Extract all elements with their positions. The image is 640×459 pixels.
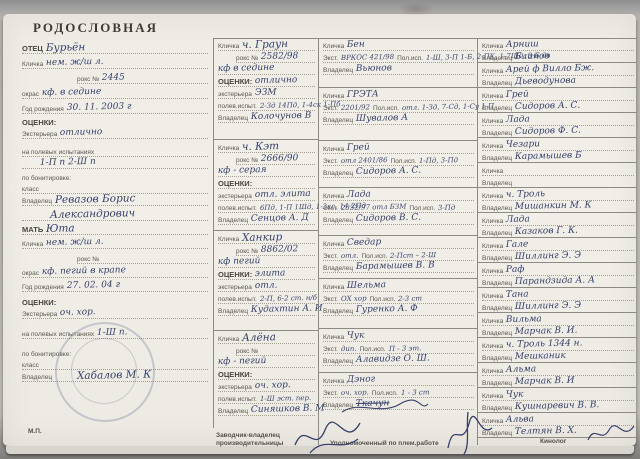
father-okras: кф. в седине — [42, 88, 102, 98]
polisp-label: Пол.исп. — [397, 55, 423, 62]
mother-exterior: оч. хор. — [60, 308, 96, 318]
ggp6-name: Шельма — [347, 281, 386, 291]
gggp11-name-row: КличкаТана — [482, 289, 634, 301]
ggp1-ekst-row: Экст.ВРКОС 421/98Пол.исп.1-Ш, 3-П 1-Б, 2… — [323, 51, 474, 63]
gp3-roks: 8862/02 — [261, 245, 299, 255]
ggp3-isp: 1-Пд, 3-Пд — [419, 157, 458, 165]
father-breed: нем. ж/ш л. — [46, 58, 104, 68]
gp2-marks-row: ОЦЕНКИ: — [218, 177, 315, 189]
ekst-label: Экст. — [323, 253, 338, 260]
klichka-label: Кличка — [482, 393, 503, 400]
marks-label: ОЦЕНКИ: — [218, 179, 252, 188]
ggp-cell-3: КличкаГрей Экст.отл 2401/86Пол.исп.1-Пд,… — [319, 141, 477, 186]
ekst-label: Экст. — [323, 205, 338, 212]
grandparents-column: Кличка ч. Граун рокс № 2582/98 кф в седи… — [214, 38, 318, 428]
father-trials: 1-П п 2-Ш п — [40, 158, 96, 168]
father-label: ОТЕЦ — [22, 44, 43, 53]
mp-label: М.П. — [28, 428, 42, 435]
gggp-cell-12: КличкаВильма ВладелецМарчак В. И. — [478, 313, 637, 337]
father-trials-row: на полевых испытаниях — [22, 145, 208, 157]
ggp3-name-row: КличкаГрей — [323, 142, 474, 154]
gggp-cell-1: КличкаАрниш ВладелецБлинов — [478, 38, 637, 62]
klichka-label: Кличка — [22, 61, 43, 68]
gggp10-name-row: КличкаРаф — [482, 264, 634, 276]
polisp-label: Пол.исп. — [361, 253, 387, 260]
gp3-ekst-row: экстерьера отл. — [218, 280, 315, 292]
gggp11-owner: Шиллинг Э. Э — [515, 302, 581, 312]
ggp1-ekst: ВРКОС 421/98 — [341, 54, 394, 62]
marks-label: ОЦЕНКИ: — [218, 270, 252, 279]
gp2-ekst-row: экстерьера отл. элита — [218, 189, 315, 201]
gggp15-owner: Кушнаревич В. В. — [515, 401, 600, 412]
klichka-label: Кличка — [323, 43, 344, 50]
gp1-name-row: Кличка ч. Граун — [218, 39, 315, 51]
father-owner-2: Александрович — [50, 208, 135, 220]
class-label-2: класс — [22, 362, 39, 369]
gggp3-name-row: КличкаГрей — [482, 89, 634, 101]
father-owner-row: Владелец Ревазов Борис — [22, 194, 208, 206]
ggp5-ekst-row: Экст.отл.Пол.исп.2-Пст – 2-Ш — [323, 249, 474, 261]
gggp14-owner: Марчак В. И — [515, 377, 575, 387]
gggp5-name: Чезари — [506, 140, 540, 150]
gggp-cell-4: КличкаЛада ВладелецСидоров Ф. С. — [478, 113, 637, 137]
gp3-marks: элита — [255, 269, 286, 279]
ggp2-name-row: КличкаГРЭТА — [323, 89, 474, 101]
owner-label: Владелец — [482, 280, 512, 287]
ggp7-ekst: дип. — [341, 346, 357, 353]
ggp2-owner: Шувалов А — [356, 114, 408, 124]
roks-label: рокс № — [236, 157, 258, 164]
owner-label: Владелец — [218, 217, 248, 224]
father-exterior: отлично — [60, 128, 103, 138]
gggp12-name-row: КличкаВильма — [482, 314, 634, 326]
ggp4-owner-row: ВладелецСидоров В. С. — [323, 213, 474, 225]
polisp-label: Пол.исп. — [370, 296, 396, 303]
owner-label: Владелец — [323, 265, 353, 272]
owner-label: Владелец — [323, 170, 353, 177]
klichka-label: Кличка — [482, 243, 503, 250]
owner-label: Владелец — [323, 217, 353, 224]
gp3-ekst: отл. — [255, 282, 278, 291]
gggp5-owner: Карамышев Б — [515, 152, 582, 162]
father-birth-row: Год рождения 30. 11. 2003 г — [22, 102, 208, 114]
mother-birth-row: Год рождения 27. 02. 04 г — [22, 280, 208, 292]
roks-label: рокс № — [236, 55, 258, 62]
page-title: РОДОСЛОВНАЯ — [33, 20, 158, 36]
gggp-cell-13: Кличкач. Троль 1344 н. ВладелецМешканик — [478, 338, 637, 362]
ggp6-owner-row: ВладелецГуренко А. Ф — [323, 304, 474, 316]
ggp1-owner-row: ВладелецВьюнов — [323, 63, 474, 75]
gggp8-name-row: КличкаЛада — [482, 214, 634, 226]
klichka-label: Кличка — [482, 193, 503, 200]
exterior-label: экстерьера — [218, 284, 252, 291]
mother-name-row: МАТЬ Юта — [22, 223, 208, 235]
gp3-name-row: Кличка Ханкир — [218, 232, 315, 244]
gggp-cell-11: КличкаТана ВладелецШиллинг Э. Э — [478, 288, 637, 312]
ggp5-name: Сведар — [347, 238, 381, 248]
klichka-label: Кличка — [482, 343, 503, 350]
owner-label: Владелец — [482, 180, 512, 187]
gggp1-name-row: КличкаАрниш — [482, 39, 634, 51]
ekst-label: Экст. — [323, 346, 338, 353]
gp4-marks-row: ОЦЕНКИ: — [218, 368, 315, 380]
polisp-label: Пол.исп. — [373, 105, 399, 112]
gp1-owner: Колочунов В — [251, 112, 312, 122]
ggp8-name: Дэног — [347, 375, 375, 385]
exterior-label: экстерьера — [218, 384, 252, 391]
gggp-cell-5: КличкаЧезари ВладелецКарамышев Б — [478, 138, 637, 162]
gggp-cell-14: КличкаАльма ВладелецМарчак В. И — [478, 363, 637, 387]
father-name-row: ОТЕЦ Бурьён — [22, 42, 208, 54]
gp2-owner: Сенцов А. Д — [251, 214, 309, 224]
ggp7-owner: Алавидзе О. Ш. — [356, 354, 430, 365]
polev-label: полев.испыт. — [218, 396, 257, 403]
gggp8-owner: Казаков Г. К. — [515, 227, 578, 237]
klichka-label: Кличка — [218, 145, 239, 152]
ggp3-ekst: отл 2401/86 — [341, 157, 388, 165]
gp1-okras: кф в седине — [218, 64, 275, 74]
exterior-label: экстерьера — [218, 193, 252, 200]
father-bonit-row: по бонитировке: — [22, 171, 208, 182]
klichka-label: Кличка — [482, 218, 503, 225]
round-stamp-inner — [71, 338, 137, 404]
gggp13-name: ч. Троль 1344 н. — [506, 339, 583, 350]
gggp2-owner: Дьеводунова — [515, 77, 576, 87]
owner-label: Владелец — [482, 230, 512, 237]
ggp4-ekst: 2532/97 отл БЗМ — [341, 204, 407, 212]
ggp1-name: Бен — [347, 41, 365, 50]
mother-name: Юта — [46, 223, 75, 234]
ggp8-isp: 1 - 3 ст — [401, 389, 430, 397]
gp3-owner-row: Владелец Кудахтин А. И — [218, 304, 315, 316]
klichka-label: Кличка — [323, 241, 344, 248]
owner-label: Владелец — [482, 155, 512, 162]
owner-label: Владелец — [22, 198, 52, 205]
ekst-label: Экст. — [323, 55, 338, 62]
ggp3-owner: Сидоров А. С. — [356, 167, 422, 177]
klichka-label: Кличка — [482, 118, 503, 125]
gggp9-name-row: КличкаГале — [482, 239, 634, 251]
klichka-label: Кличка — [482, 93, 503, 100]
trials-label: на полевых испытаниях — [22, 149, 94, 156]
gp4-ekst-row: экстерьера оч. хор. — [218, 380, 315, 392]
ggp-cell-5: КличкаСведар Экст.отл.Пол.исп.2-Пст – 2-… — [319, 236, 477, 277]
polisp-label: Пол.исп. — [360, 346, 386, 353]
gggp13-owner: Мешканик — [515, 352, 566, 362]
ggp5-isp: 2-Пст – 2-Ш — [390, 252, 436, 260]
owner-label: Владелец — [482, 130, 512, 137]
gp3-name: Ханкир — [242, 232, 283, 243]
okras-label: окрас — [22, 91, 39, 98]
ggp-cell-7: КличкаЧук Экст.дип.Пол.исп.П - 3 эт. Вла… — [319, 329, 477, 371]
gp4-polev: 1-Ш эст. пер. — [260, 395, 311, 403]
owner-label: Владелец — [482, 380, 512, 387]
ggp-cell-6: КличкаШельма Экст.ОХ хорПол.исп.2-3 ст В… — [319, 279, 477, 327]
gggp4-name: Лада — [506, 116, 530, 125]
ggp6-owner: Гуренко А. Ф — [356, 305, 418, 315]
klichka-label: Кличка — [218, 336, 239, 343]
gp2-name: ч. Кэт — [242, 141, 279, 152]
gp1-name: ч. Граун — [242, 39, 288, 50]
klichka-label: Кличка — [482, 143, 503, 150]
owner-label: Владелец — [323, 308, 353, 315]
gp2-name-row: Кличка ч. Кэт — [218, 141, 315, 153]
klichka-label: Кличка — [323, 146, 344, 153]
grandparent-cell-4: Кличка Алёна рокс № кф - пегий ОЦЕНКИ: э… — [214, 331, 318, 426]
gggp6-name-row: Кличка — [482, 164, 634, 176]
klichka-label: Кличка — [218, 43, 239, 50]
father-exterior-row: Экстерьера отлично — [22, 127, 208, 139]
mother-roks-row: рокс № — [77, 252, 208, 264]
gggp7-name-row: Кличкач. Троль — [482, 189, 634, 201]
gp1-roks: 2582/98 — [261, 52, 299, 62]
klichka-label: Кличка — [323, 334, 344, 341]
gggp4-owner: Сидоров Ф. С. — [515, 127, 581, 137]
ggp7-isp: П - 3 эт. — [388, 345, 421, 353]
gggp-cell-10: КличкаРаф ВладелецПарандзида А. А — [478, 263, 637, 287]
marks-label: ОЦЕНКИ: — [218, 370, 252, 379]
ggp-cell-4: КличкаЛада Экст.2532/97 отл БЗМПол.исп.3… — [319, 188, 477, 234]
gp4-name-row: Кличка Алёна — [218, 332, 315, 344]
mother-okras-row: окрас кф. пегий в крапе — [22, 266, 208, 278]
father-owner: Ревазов Борис — [55, 193, 136, 205]
gp2-polev-row: полев.испыт. 6Пд, 1-П 1Шд, 1-2кс, 14-2Пд — [218, 201, 315, 213]
gggp15-name: Чук — [506, 391, 524, 400]
ggp5-name-row: КличкаСведар — [323, 237, 474, 249]
gggp-cell-7: Кличкач. Троль ВладелецМишанкин М. К — [478, 188, 637, 212]
gggp10-name: Раф — [506, 266, 525, 275]
owner-label: Владелец — [323, 117, 353, 124]
ggp4-name: Лада — [347, 191, 371, 200]
ggp5-owner: Барамышев В. В — [356, 261, 435, 272]
klichka-label-2: Кличка — [22, 241, 43, 248]
owner-label: Владелец — [482, 305, 512, 312]
gggp10-owner: Парандзида А. А — [515, 276, 595, 287]
mother-marks-row: ОЦЕНКИ: — [22, 296, 208, 307]
gggp7-owner: Мишанкин М. К — [515, 201, 592, 212]
roks-label: рокс № — [77, 76, 99, 83]
signature-strike — [340, 398, 430, 418]
father-roks-row: рокс № 2445 — [77, 72, 208, 84]
gp2-ekst: отл. элита — [255, 190, 311, 200]
ggp1-name-row: КличкаБен — [323, 39, 474, 51]
ggp-cell-2: КличкаГРЭТА Экст.2201/92Пол.исп.отл. 1-З… — [319, 88, 477, 139]
gggp11-name: Тана — [506, 291, 529, 300]
round-stamp — [55, 322, 155, 422]
gggp3-owner: Сидоров А. С. — [515, 102, 581, 112]
gggp12-owner: Марчак В. И. — [515, 327, 578, 337]
gggp-cell-8: КличкаЛада ВладелецКазаков Г. К. — [478, 213, 637, 237]
birth-label: Год рождения — [22, 106, 64, 113]
ekst-label: Экст. — [323, 390, 338, 397]
father-breed-row: Кличка нем. ж/ш л. — [22, 57, 208, 69]
mother-breed-row: Кличка нем. ж/ш л. — [22, 237, 208, 249]
klichka-label: Кличка — [482, 368, 503, 375]
scanned-pedigree-document: { "header": { "title": "РОДОСЛОВНАЯ" }, … — [0, 0, 640, 459]
ggp2-ekst: 2201/92 — [341, 104, 370, 112]
ggp4-ekst-row: Экст.2532/97 отл БЗМПол.исп.3-Пд — [323, 201, 474, 213]
gggp-cell-6: Кличка Владелец — [478, 163, 637, 187]
marks-label: ОЦЕНКИ: — [218, 77, 252, 86]
mother-birth: 27. 02. 04 г — [67, 281, 120, 291]
gggp-cell-2: КличкаАрей ф Вилло Бж. ВладелецДьеводуно… — [478, 63, 637, 87]
owner-label: Владелец — [323, 358, 353, 365]
gggp-cell-9: КличкаГале ВладелецШиллинг Э. Э — [478, 238, 637, 262]
gggp9-name: Гале — [506, 241, 529, 250]
bonit-label: по бонитировке: — [22, 175, 71, 182]
polisp-label: Пол.исп. — [372, 390, 398, 397]
gg-grandparents-column: КличкаАрниш ВладелецБлинов КличкаАрей ф … — [478, 38, 637, 428]
gp4-roks-row: рокс № — [236, 344, 315, 356]
mp-label-wrap: М.П. — [28, 420, 42, 438]
father-marks-row: ОЦЕНКИ: — [22, 116, 208, 127]
klichka-label: Кличка — [218, 236, 239, 243]
gggp12-name: Вильма — [506, 315, 542, 325]
ggp3-owner-row: ВладелецСидоров А. С. — [323, 166, 474, 178]
grandparent-cell-3: Кличка Ханкир рокс № 8862/02 кф пегий ОЦ… — [214, 231, 318, 330]
ggp2-name: ГРЭТА — [347, 90, 379, 100]
roks-label: рокс № — [236, 348, 258, 355]
mother-label: МАТЬ — [22, 225, 43, 234]
gp4-okras-row: кф - пегий — [218, 356, 315, 368]
scan-smudge — [398, 2, 434, 16]
ggp6-isp: 2-3 ст — [398, 295, 422, 303]
gp1-ekst: ЭЗМ — [255, 89, 277, 98]
mother-okras: кф. пегий в крапе — [42, 266, 126, 277]
owner-label: Владелец — [482, 255, 512, 262]
gp4-owner: Синяшков В. М — [251, 404, 325, 415]
mother-exterior-row: Экстерьера оч. хор. — [22, 307, 208, 319]
klichka-label: Кличка — [482, 168, 503, 175]
gggp5-name-row: КличкаЧезари — [482, 139, 634, 151]
ggp7-name: Чук — [347, 332, 365, 341]
father-trials-value-row: 1-П п 2-Ш п — [22, 157, 208, 169]
ekst-label: Экст. — [323, 296, 338, 303]
father-okras-row: окрас кф. в седине — [22, 87, 208, 99]
gp3-owner: Кудахтин А. И — [251, 304, 323, 315]
gggp1-name: Арниш — [506, 40, 539, 50]
roks-label-2: рокс № — [77, 256, 99, 263]
signature-breeder — [290, 415, 370, 457]
gp2-okras: кф - серая — [218, 166, 267, 176]
gggp14-name: Альма — [506, 365, 536, 375]
gggp14-name-row: КличкаАльма — [482, 364, 634, 376]
gp2-owner-row: Владелец Сенцов А. Д — [218, 213, 315, 225]
gp1-okras-row: кф в седине — [218, 63, 315, 75]
grandparent-cell-2: Кличка ч. Кэт рокс № 2666/90 кф - серая … — [214, 140, 318, 230]
ggp6-ekst-row: Экст.ОХ хорПол.исп.2-3 ст — [323, 292, 474, 304]
ekst-label: Экст. — [323, 105, 338, 112]
ggp7-ekst-row: Экст.дип.Пол.исп.П - 3 эт. — [323, 342, 474, 354]
ggp4-name-row: КличкаЛада — [323, 189, 474, 201]
klichka-label: Кличка — [323, 378, 344, 385]
klichka-label: Кличка — [323, 193, 344, 200]
polev-label: полев.испыт. — [218, 103, 257, 110]
father-roks: 2445 — [102, 74, 125, 83]
polisp-label: Пол.исп. — [409, 205, 435, 212]
gp4-polev-row: полев.испыт. 1-Ш эст. пер. — [218, 392, 315, 404]
owner-label: Владелец — [482, 355, 512, 362]
ggp6-name-row: КличкаШельма — [323, 280, 474, 292]
gp4-name: Алёна — [242, 332, 276, 343]
gp3-roks-row: рокс № 8862/02 — [236, 244, 315, 256]
exterior-label: Экстерьера — [22, 131, 57, 138]
gp1-polev-row: полев.испыт. 2-Зд 14Пд, 1-4ск 1-Пб — [218, 99, 315, 111]
klichka-label: Кличка — [482, 43, 503, 50]
klichka-label: Кличка — [482, 68, 503, 75]
gggp8-name: Лада — [506, 216, 530, 225]
owner-label: Владелец — [218, 408, 248, 415]
klichka-label: Кличка — [323, 93, 344, 100]
grandparent-cell-1: Кличка ч. Граун рокс № 2582/98 кф в седи… — [214, 38, 318, 139]
gggp3-name: Грей — [506, 91, 529, 100]
gggp-cell-15: КличкаЧук ВладелецКушнаревич В. В. — [478, 388, 637, 412]
owner-label: Владелец — [482, 105, 512, 112]
ggp1-owner: Вьюнов — [356, 64, 392, 74]
owner-label: Владелец — [482, 330, 512, 337]
gggp9-owner: Шиллинг Э. Э — [515, 252, 581, 262]
gp3-okras-row: кф пегий — [218, 256, 315, 268]
ggp7-owner-row: ВладелецАлавидзе О. Ш. — [323, 354, 474, 366]
klichka-label: Кличка — [323, 284, 344, 291]
gp1-roks-row: рокс № 2582/98 — [236, 51, 315, 63]
exterior-label: экстерьера — [218, 91, 252, 98]
ggp7-name-row: КличкаЧук — [323, 330, 474, 342]
signature-authorized — [440, 408, 500, 456]
ggp2-ekst-row: Экст.2201/92Пол.исп.отл. 1-Зд, 7-Сд, 1-С… — [323, 101, 474, 113]
gp2-okras-row: кф - серая — [218, 165, 315, 177]
ggp5-owner-row: ВладелецБарамышев В. В — [323, 261, 474, 273]
ggp3-name: Грей — [347, 144, 370, 153]
father-owner2-row: Александрович — [22, 206, 208, 221]
ggp8-ekst: оч. хор. — [341, 389, 369, 397]
gp4-ekst: оч. хор. — [255, 381, 291, 391]
gp1-ekst-row: экстерьера ЭЗМ — [218, 87, 315, 99]
gggp13-name-row: Кличкач. Троль 1344 н. — [482, 339, 634, 351]
gggp4-name-row: КличкаЛада — [482, 114, 634, 126]
gp1-marks: отлично — [255, 76, 298, 86]
gp3-polev: 2-П, 6-2 ст. н/б — [260, 295, 317, 303]
gp3-marks-row: ОЦЕНКИ: элита — [218, 268, 315, 280]
cynologist-label-wrap: Кинолог — [540, 430, 566, 448]
owner-label: Владелец — [482, 55, 512, 62]
ekst-label: Экст. — [323, 158, 338, 165]
ggp6-ekst: ОХ хор — [341, 295, 367, 303]
klichka-label: Кличка — [482, 293, 503, 300]
gp1-owner-row: Владелец Колочунов В — [218, 111, 315, 123]
marks-label: ОЦЕНКИ: — [22, 118, 56, 127]
ggp4-isp: 3-Пд — [438, 205, 456, 212]
owner-label: Владелец — [218, 308, 248, 315]
gp3-polev-row: полев.испыт. 2-П, 6-2 ст. н/б — [218, 292, 315, 304]
gp2-roks: 2666/90 — [261, 154, 299, 164]
roks-label: рокс № — [236, 248, 258, 255]
gggp2-name-row: КличкаАрей ф Вилло Бж. — [482, 64, 634, 76]
ggp3-ekst-row: Экст.отл 2401/86Пол.исп.1-Пд, 3-Пд — [323, 154, 474, 166]
gp1-marks-row: ОЦЕНКИ: отлично — [218, 75, 315, 87]
ggp8-name-row: КличкаДэног — [323, 374, 474, 386]
owner-label: Владелец — [218, 115, 248, 122]
polev-label: полев.испыт. — [218, 296, 257, 303]
ggp2-owner-row: ВладелецШувалов А — [323, 113, 474, 125]
ggp4-owner: Сидоров В. С. — [356, 214, 421, 224]
ggp5-ekst: отл. — [341, 253, 359, 260]
exterior-label-2: Экстерьера — [22, 311, 57, 318]
polisp-label: Пол.исп. — [391, 158, 417, 165]
owner-label: Владелец — [323, 67, 353, 74]
owner-label: Владелец — [482, 205, 512, 212]
owner-label: Владелец — [482, 80, 512, 87]
